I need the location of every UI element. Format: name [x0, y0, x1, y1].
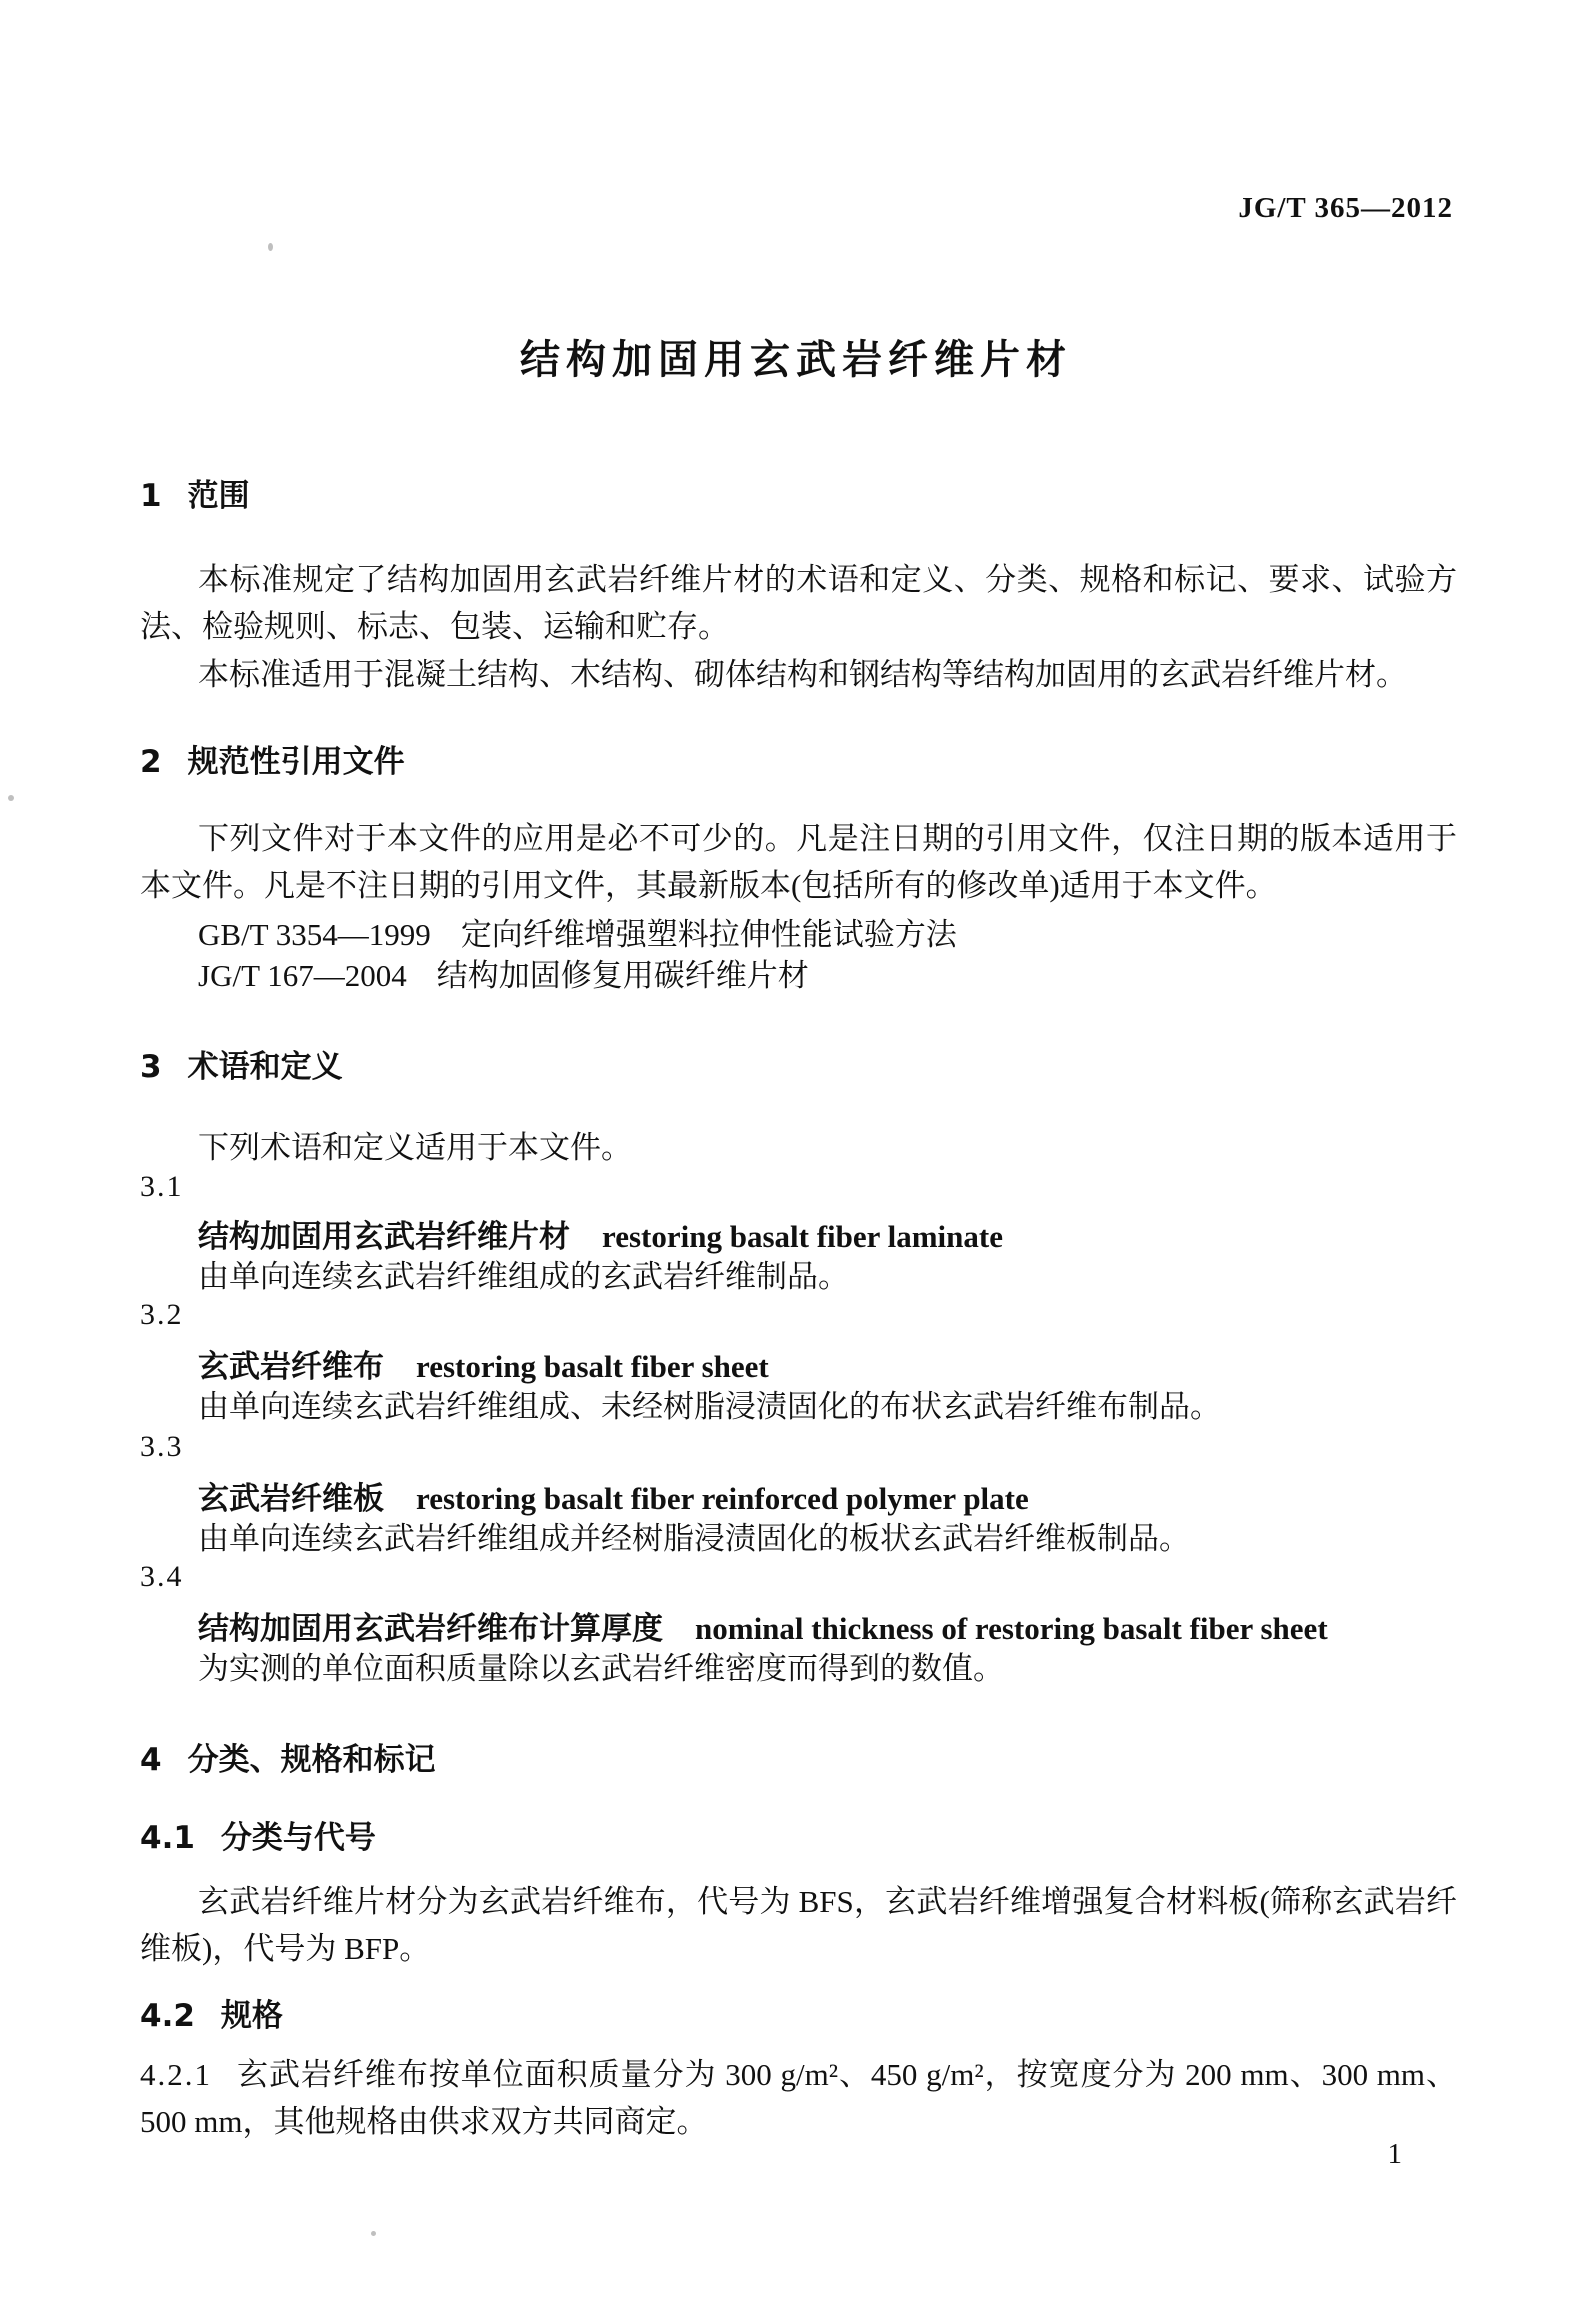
section-4-2-number: 4.2	[140, 1998, 195, 2034]
term-entry: 玄武岩纤维布restoring basalt fiber sheet	[198, 1341, 1457, 1386]
term-number: 3.3	[140, 1430, 184, 1464]
clause-text: 玄武岩纤维布按单位面积质量分为 300 g/m²、450 g/m²，按宽度分为 …	[140, 2057, 1457, 2139]
reference-code: JG/T 167—2004	[198, 958, 407, 993]
term-definition: 由单向连续玄武岩纤维组成并经树脂浸渍固化的板状玄武岩纤维板制品。	[198, 1515, 1457, 1562]
reference-item: JG/T 167—2004结构加固修复用碳纤维片材	[198, 953, 1457, 998]
term-zh: 玄武岩纤维布	[198, 1349, 384, 1385]
reference-title: 结构加固修复用碳纤维片材	[437, 958, 809, 993]
section-1-label: 范围	[188, 478, 250, 514]
normative-refs-paragraph: 下列文件对于本文件的应用是必不可少的。凡是注日期的引用文件，仅注日期的版本适用于…	[140, 815, 1457, 909]
section-4-1-number: 4.1	[140, 1820, 195, 1856]
term-definition: 为实测的单位面积质量除以玄武岩纤维密度而得到的数值。	[198, 1645, 1457, 1692]
term-en: restoring basalt fiber laminate	[602, 1219, 1003, 1254]
section-3-number: 3	[140, 1049, 162, 1085]
term-en: restoring basalt fiber sheet	[416, 1349, 769, 1384]
section-4-1-heading: 4.1分类与代号	[140, 1812, 1457, 1857]
term-entry: 结构加固用玄武岩纤维布计算厚度nominal thickness of rest…	[198, 1603, 1457, 1648]
term-entry: 结构加固用玄武岩纤维片材restoring basalt fiber lamin…	[198, 1211, 1457, 1256]
term-zh: 结构加固用玄武岩纤维片材	[198, 1219, 570, 1255]
page-number: 1	[1388, 2138, 1403, 2171]
section-2-number: 2	[140, 744, 162, 780]
scan-artifact	[8, 795, 14, 801]
clause-number: 4.2.1	[140, 2057, 212, 2092]
term-number: 3.1	[140, 1170, 184, 1204]
section-4-2-label: 规格	[221, 1998, 283, 2034]
section-4-heading: 4分类、规格和标记	[140, 1734, 1457, 1779]
scope-paragraph-2: 本标准适用于混凝土结构、木结构、砌体结构和钢结构等结构加固用的玄武岩纤维片材。	[140, 651, 1457, 698]
classification-paragraph: 玄武岩纤维片材分为玄武岩纤维布，代号为 BFS，玄武岩纤维增强复合材料板(筛称玄…	[140, 1878, 1457, 1972]
reference-title: 定向纤维增强塑料拉伸性能试验方法	[461, 917, 957, 952]
terms-intro: 下列术语和定义适用于本文件。	[140, 1124, 1457, 1171]
section-4-number: 4	[140, 1742, 162, 1778]
clause-4-2-1: 4.2.1玄武岩纤维布按单位面积质量分为 300 g/m²、450 g/m²，按…	[140, 2051, 1457, 2145]
page-title: 结构加固用玄武岩纤维片材	[0, 328, 1592, 385]
term-en: nominal thickness of restoring basalt fi…	[695, 1611, 1328, 1646]
section-1-heading: 1范围	[140, 470, 1457, 515]
term-number: 3.4	[140, 1560, 184, 1594]
section-2-label: 规范性引用文件	[188, 744, 405, 780]
term-en: restoring basalt fiber reinforced polyme…	[416, 1481, 1029, 1516]
section-4-1-label: 分类与代号	[221, 1820, 376, 1856]
section-3-heading: 3术语和定义	[140, 1041, 1457, 1086]
document-page: JG/T 365—2012 结构加固用玄武岩纤维片材 1范围 本标准规定了结构加…	[0, 0, 1592, 2323]
reference-item: GB/T 3354—1999定向纤维增强塑料拉伸性能试验方法	[198, 912, 1457, 957]
section-4-2-heading: 4.2规格	[140, 1990, 1457, 2035]
section-3-label: 术语和定义	[188, 1049, 343, 1085]
term-number: 3.2	[140, 1298, 184, 1332]
section-4-label: 分类、规格和标记	[188, 1742, 436, 1778]
term-entry: 玄武岩纤维板restoring basalt fiber reinforced …	[198, 1473, 1457, 1518]
term-definition: 由单向连续玄武岩纤维组成、未经树脂浸渍固化的布状玄武岩纤维布制品。	[198, 1383, 1457, 1430]
scan-artifact	[268, 243, 273, 251]
section-2-heading: 2规范性引用文件	[140, 736, 1457, 781]
standard-number: JG/T 365—2012	[1238, 192, 1453, 225]
term-zh: 结构加固用玄武岩纤维布计算厚度	[198, 1611, 663, 1647]
term-zh: 玄武岩纤维板	[198, 1481, 384, 1517]
term-definition: 由单向连续玄武岩纤维组成的玄武岩纤维制品。	[198, 1253, 1457, 1300]
scope-paragraph-1: 本标准规定了结构加固用玄武岩纤维片材的术语和定义、分类、规格和标记、要求、试验方…	[140, 556, 1457, 650]
scan-artifact	[371, 2231, 376, 2236]
section-1-number: 1	[140, 478, 162, 514]
reference-code: GB/T 3354—1999	[198, 917, 431, 952]
